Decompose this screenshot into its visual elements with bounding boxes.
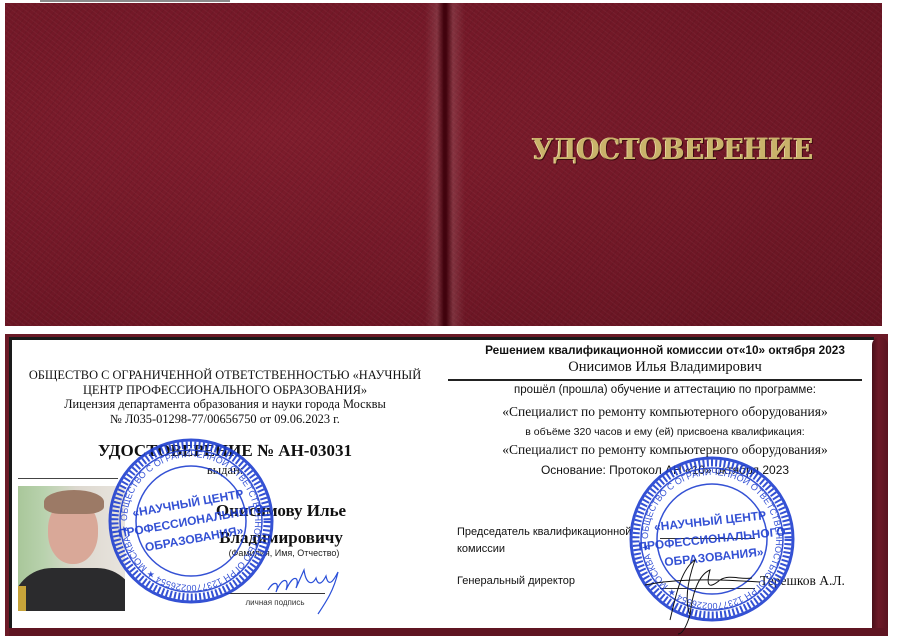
binding-edge-right	[872, 337, 888, 632]
commission-decision: Решением квалификационной комиссии от«10…	[455, 343, 875, 357]
recipient-name-line2: Владимировичу	[196, 524, 366, 551]
chair-signature-line	[660, 538, 755, 539]
scan-artifact-strip	[40, 0, 230, 2]
qualification-name: «Специалист по ремонту компьютерного обо…	[455, 442, 875, 458]
director-title: Генеральный директор	[457, 575, 575, 587]
cover-back-panel	[5, 3, 442, 326]
recipient-name: Онисимову Илье Владимировичу	[196, 497, 366, 551]
signature-line	[225, 593, 325, 594]
issued-label: выдан:	[160, 463, 290, 478]
organization-header: ОБЩЕСТВО С ОГРАНИЧЕННОЙ ОТВЕТСТВЕННОСТЬЮ…	[12, 368, 438, 426]
recipient-name-line1: Онисимову Илье	[196, 497, 366, 524]
basis-protocol: Основание: Протокол АН «10» октября 2023	[455, 463, 875, 477]
chair-label-line2: комиссии	[457, 541, 657, 558]
holder-full-name: Онисимов Илья Владимирович	[455, 359, 875, 376]
license-line2: № Л035-01298-77/00656750 от 09.06.2023 г…	[12, 412, 438, 427]
hours-statement: в объёме 320 часов и ему (ей) присвоена …	[455, 426, 875, 438]
fio-caption: (Фамилия, Имя, Отчество)	[214, 548, 354, 558]
license-line1: Лицензия департамента образования и наук…	[12, 397, 438, 412]
director-signature-line	[660, 588, 755, 589]
binding-edge-bottom	[9, 628, 888, 636]
commission-chair-label: Председатель квалификационной комиссии	[457, 524, 657, 558]
organization-name-line1: ОБЩЕСТВО С ОГРАНИЧЕННОЙ ОТВЕТСТВЕННОСТЬЮ…	[12, 368, 438, 383]
chair-label-line1: Председатель квалификационной	[457, 524, 657, 541]
photo-sleeve	[18, 586, 26, 611]
divider	[18, 478, 118, 479]
director-name: Терешков А.Л.	[760, 573, 845, 589]
signature-caption: личная подпись	[225, 598, 325, 607]
completion-statement: прошёл (прошла) обучение и аттестацию по…	[455, 384, 875, 396]
program-name: «Специалист по ремонту компьютерного обо…	[455, 404, 875, 420]
certificate-number: УДОСТОВЕРЕНИЕ № АН-03031	[12, 441, 438, 461]
photo-shirt	[18, 568, 125, 611]
name-underline	[448, 379, 862, 381]
holder-photo	[18, 486, 125, 611]
cover-spine	[425, 3, 465, 326]
organization-name-line2: ЦЕНТР ПРОФЕССИОНАЛЬНОГО ОБРАЗОВАНИЯ»	[12, 383, 438, 398]
photo-hair	[44, 490, 104, 514]
cover-title: УДОСТОВЕРЕНИЕ	[532, 132, 808, 166]
